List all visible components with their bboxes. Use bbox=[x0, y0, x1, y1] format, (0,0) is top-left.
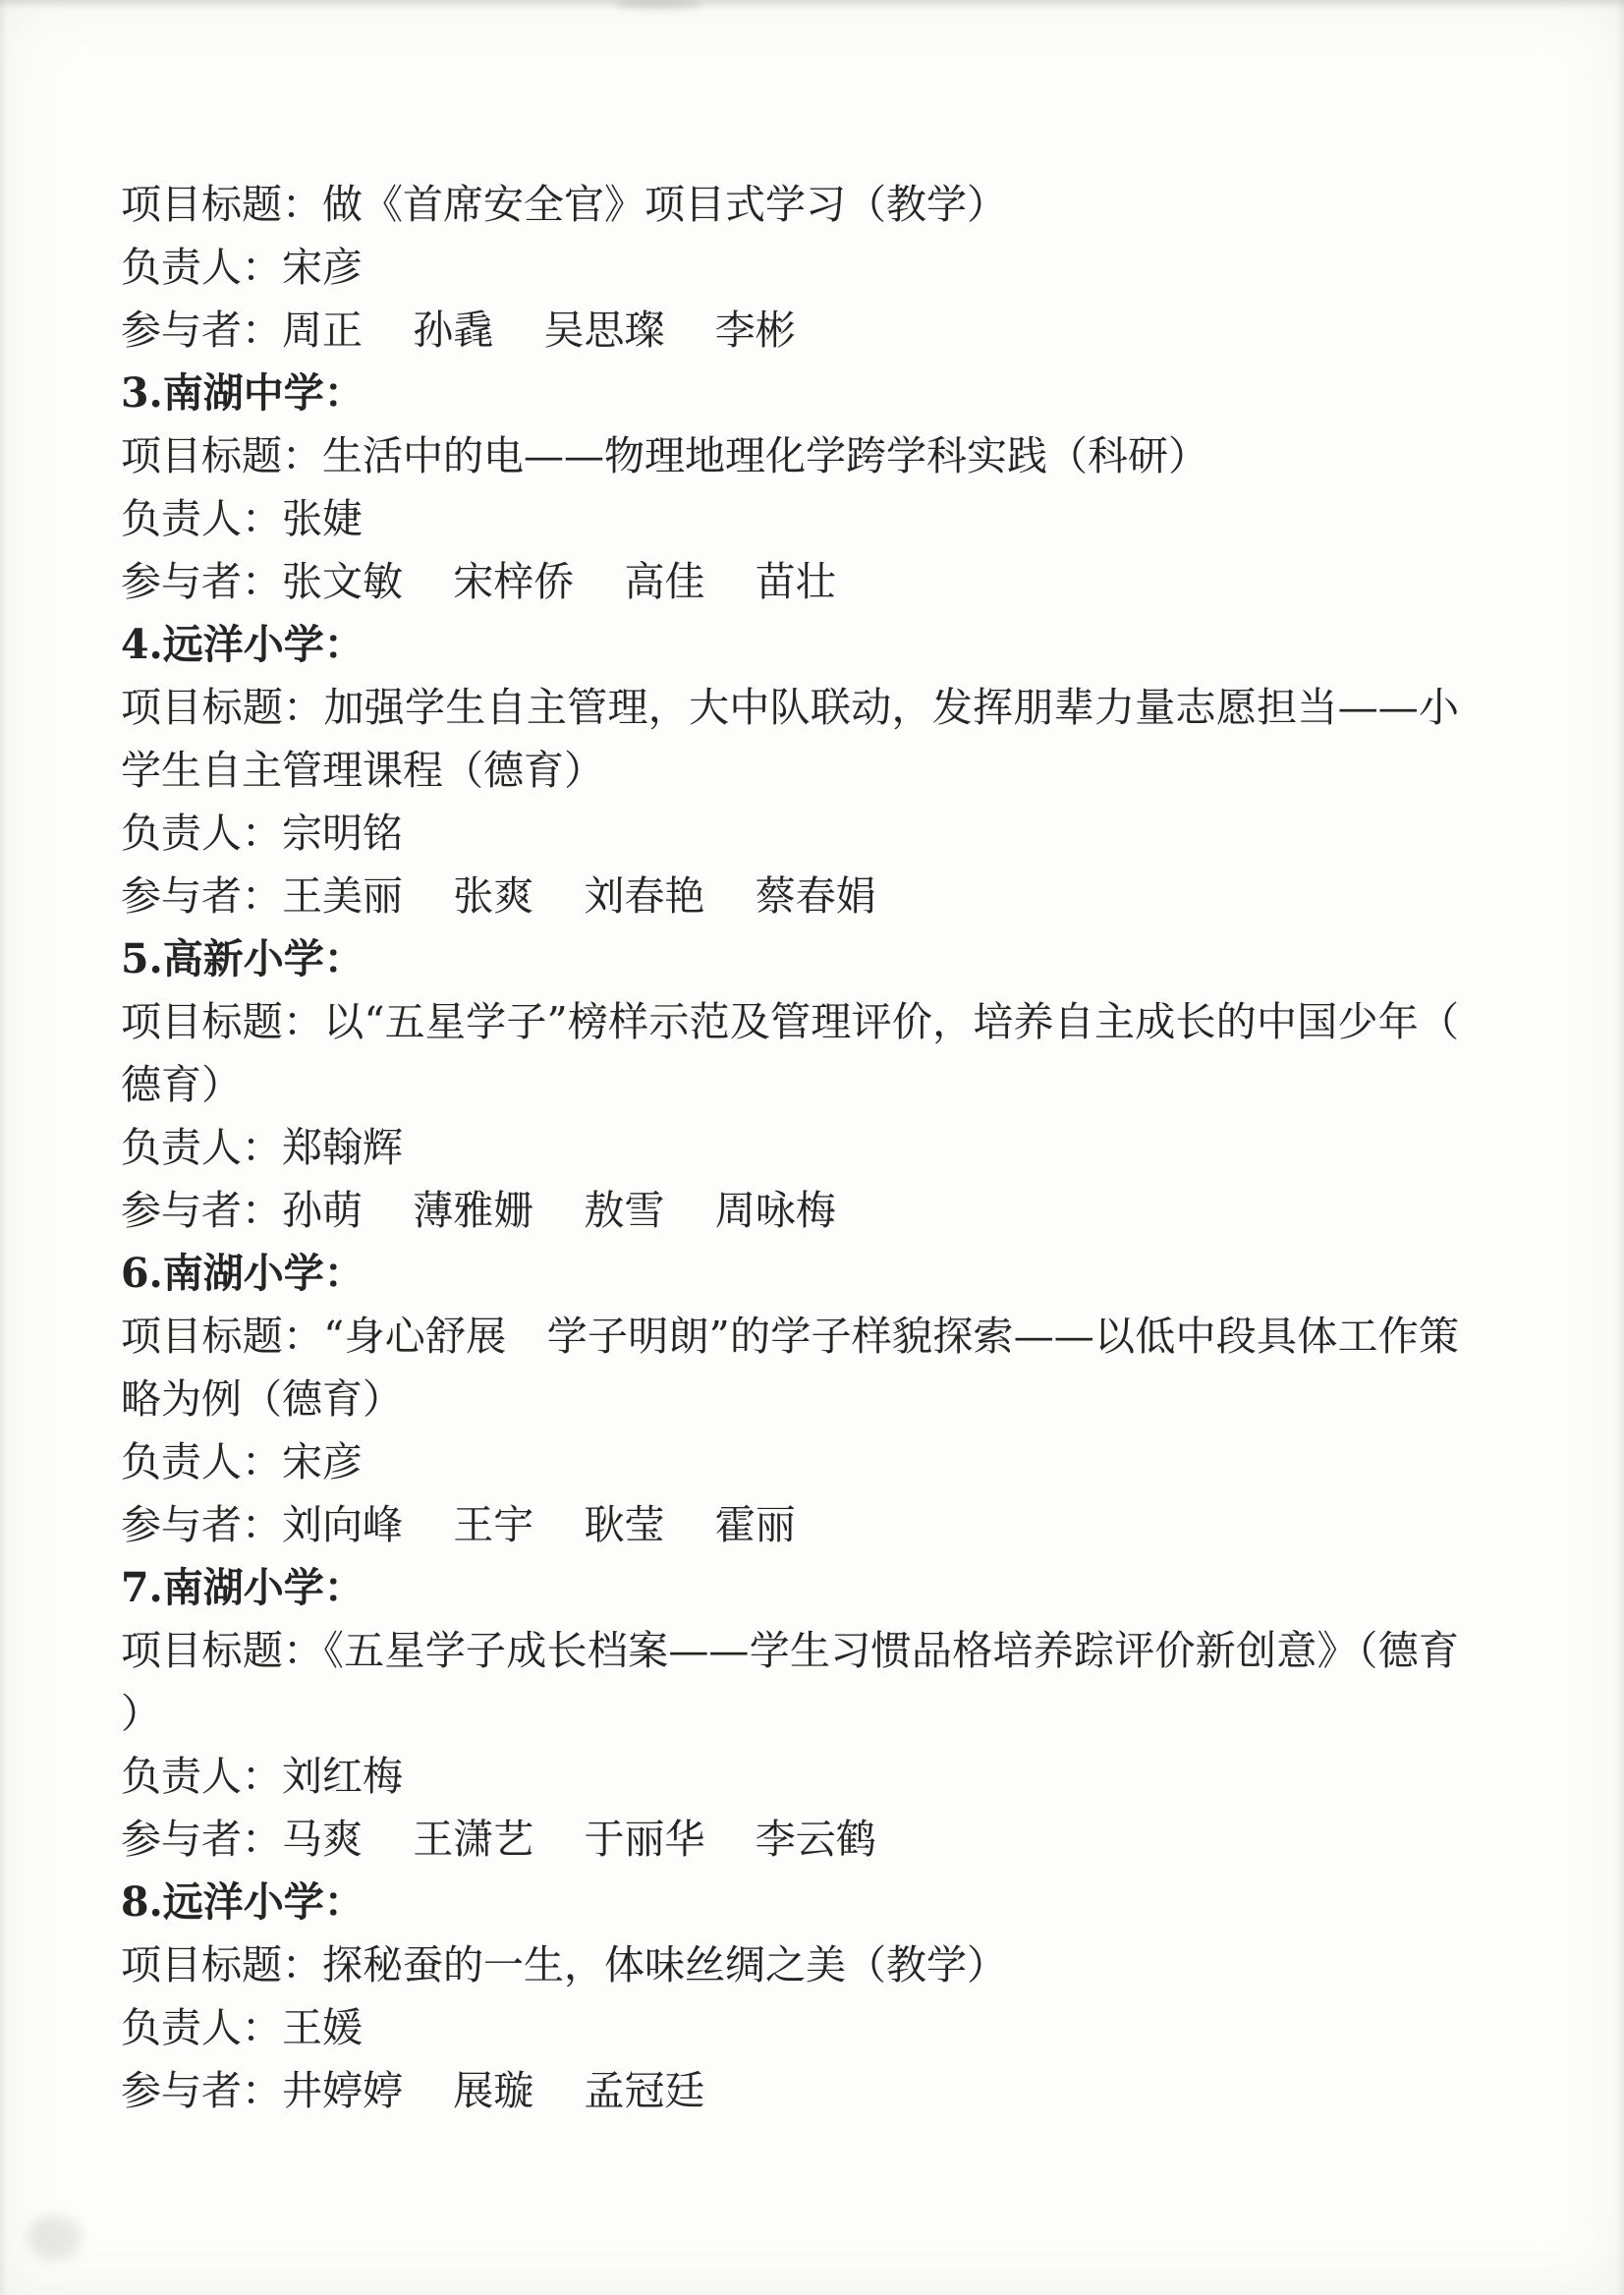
participant-name: 李彬 bbox=[715, 307, 796, 354]
field-label: 参与者： bbox=[121, 872, 282, 920]
field-label: 项目标题： bbox=[121, 998, 323, 1045]
field-label: 项目标题： bbox=[121, 432, 322, 479]
field-label: 参与者： bbox=[121, 1187, 282, 1234]
participant-name: 蔡春娟 bbox=[756, 872, 876, 920]
participant-name: 薄雅姗 bbox=[413, 1187, 533, 1234]
school-heading: 4.远洋小学： bbox=[121, 613, 1459, 676]
leader-line: 负责人：张婕 bbox=[121, 487, 1459, 550]
participants-line: 参与者：井婷婷展璇孟冠廷 bbox=[121, 2059, 1459, 2122]
participant-name: 孟冠廷 bbox=[585, 2067, 705, 2114]
project-title-line: 项目标题：探秘蚕的一生，体味丝绸之美（教学） bbox=[121, 1933, 1459, 1996]
project-title-line: 项目标题：生活中的电——物理地理化学跨学科实践（科研） bbox=[121, 424, 1459, 487]
school-heading: 6.南湖小学： bbox=[121, 1242, 1459, 1305]
participant-name: 苗壮 bbox=[756, 558, 836, 605]
leader-name: 郑翰辉 bbox=[282, 1124, 403, 1171]
participant-name: 霍丽 bbox=[715, 1501, 796, 1548]
participant-name: 吴思璨 bbox=[544, 307, 665, 354]
field-label: 负责人： bbox=[121, 1753, 282, 1800]
project-title: 探秘蚕的一生，体味丝绸之美（教学） bbox=[322, 1941, 1007, 1988]
field-label: 负责人： bbox=[121, 810, 282, 857]
field-label: 参与者： bbox=[121, 1501, 282, 1548]
participant-name: 高佳 bbox=[625, 558, 705, 605]
project-title: 生活中的电——物理地理化学跨学科实践（科研） bbox=[322, 432, 1208, 479]
participants-line: 参与者：马爽王潇艺于丽华李云鹤 bbox=[121, 1808, 1459, 1871]
project-title-line: 项目标题：《五星学子成长档案——学生习惯品格培养踪评价新创意》（德育） bbox=[121, 1619, 1459, 1745]
participants-line: 参与者：张文敏宋梓侨高佳苗壮 bbox=[121, 550, 1459, 613]
participant-name: 展璇 bbox=[453, 2067, 533, 2114]
participant-name: 王美丽 bbox=[282, 872, 403, 920]
field-label: 负责人： bbox=[121, 1438, 282, 1485]
leader-line: 负责人：宋彦 bbox=[121, 236, 1459, 299]
project-title-line: 项目标题：做《首席安全官》项目式学习（教学） bbox=[121, 173, 1459, 236]
leader-line: 负责人：宋彦 bbox=[121, 1430, 1459, 1493]
participants-line: 参与者：刘向峰王宇耿莹霍丽 bbox=[121, 1493, 1459, 1556]
participant-name: 井婷婷 bbox=[282, 2067, 403, 2114]
school-heading: 3.南湖中学： bbox=[121, 362, 1459, 424]
participant-name: 宋梓侨 bbox=[453, 558, 574, 605]
leader-line: 负责人：王媛 bbox=[121, 1996, 1459, 2059]
participant-name: 耿莹 bbox=[585, 1501, 665, 1548]
project-title-line: 项目标题：“身心舒展 学子明朗”的学子样貌探索——以低中段具体工作策略为例（德育… bbox=[121, 1305, 1459, 1430]
participant-name: 周正 bbox=[282, 307, 363, 354]
participants-line: 参与者：王美丽张爽刘春艳蔡春娟 bbox=[121, 865, 1459, 927]
leader-name: 王媛 bbox=[282, 2004, 363, 2051]
school-heading: 5.高新小学： bbox=[121, 927, 1459, 990]
field-label: 项目标题： bbox=[121, 684, 323, 731]
scan-edge-top bbox=[0, 0, 1624, 10]
scan-artifact-top bbox=[614, 0, 702, 9]
participant-name: 马爽 bbox=[282, 1816, 363, 1863]
scan-artifact-bottom bbox=[28, 2215, 82, 2260]
participant-name: 敖雪 bbox=[585, 1187, 665, 1234]
scan-edge-left bbox=[0, 0, 8, 2295]
school-heading: 8.远洋小学： bbox=[121, 1871, 1459, 1933]
participants-line: 参与者：孙萌薄雅姗敖雪周咏梅 bbox=[121, 1179, 1459, 1242]
participant-name: 于丽华 bbox=[585, 1816, 705, 1863]
field-label: 负责人： bbox=[121, 2004, 282, 2051]
participant-name: 张爽 bbox=[453, 872, 533, 920]
leader-line: 负责人：郑翰辉 bbox=[121, 1116, 1459, 1179]
leader-line: 负责人：宗明铭 bbox=[121, 802, 1459, 865]
field-label: 项目标题： bbox=[121, 181, 322, 228]
participant-name: 孙毳 bbox=[413, 307, 493, 354]
field-label: 负责人： bbox=[121, 244, 282, 291]
leader-name: 张婕 bbox=[282, 495, 363, 542]
participant-name: 张文敏 bbox=[282, 558, 403, 605]
leader-name: 宗明铭 bbox=[282, 810, 403, 857]
participants-line: 参与者：周正孙毳吴思璨李彬 bbox=[121, 299, 1459, 362]
project-title-line: 项目标题：以“五星学子”榜样示范及管理评价，培养自主成长的中国少年（德育） bbox=[121, 990, 1459, 1116]
document-page: 项目标题：做《首席安全官》项目式学习（教学）负责人：宋彦参与者：周正孙毳吴思璨李… bbox=[0, 0, 1624, 2295]
participant-name: 周咏梅 bbox=[715, 1187, 836, 1234]
field-label: 负责人： bbox=[121, 1124, 282, 1171]
scan-edge-right bbox=[1616, 0, 1624, 2295]
field-label: 参与者： bbox=[121, 307, 282, 354]
field-label: 负责人： bbox=[121, 495, 282, 542]
leader-name: 刘红梅 bbox=[282, 1753, 403, 1800]
project-title-line: 项目标题：加强学生自主管理，大中队联动，发挥朋辈力量志愿担当——小学生自主管理课… bbox=[121, 676, 1459, 802]
field-label: 参与者： bbox=[121, 558, 282, 605]
participant-name: 李云鹤 bbox=[756, 1816, 876, 1863]
leader-name: 宋彦 bbox=[282, 1438, 363, 1485]
leader-line: 负责人：刘红梅 bbox=[121, 1745, 1459, 1808]
project-title: 做《首席安全官》项目式学习（教学） bbox=[322, 181, 1007, 228]
participant-name: 刘向峰 bbox=[282, 1501, 403, 1548]
participant-name: 刘春艳 bbox=[585, 872, 705, 920]
participant-name: 孙萌 bbox=[282, 1187, 363, 1234]
field-label: 参与者： bbox=[121, 1816, 282, 1863]
field-label: 项目标题： bbox=[121, 1313, 323, 1360]
field-label: 项目标题： bbox=[121, 1941, 322, 1988]
document-content: 项目标题：做《首席安全官》项目式学习（教学）负责人：宋彦参与者：周正孙毳吴思璨李… bbox=[121, 173, 1459, 2122]
participant-name: 王宇 bbox=[453, 1501, 533, 1548]
field-label: 参与者： bbox=[121, 2067, 282, 2114]
participant-name: 王潇艺 bbox=[413, 1816, 533, 1863]
leader-name: 宋彦 bbox=[282, 244, 363, 291]
field-label: 项目标题： bbox=[121, 1627, 323, 1674]
school-heading: 7.南湖小学： bbox=[121, 1556, 1459, 1619]
